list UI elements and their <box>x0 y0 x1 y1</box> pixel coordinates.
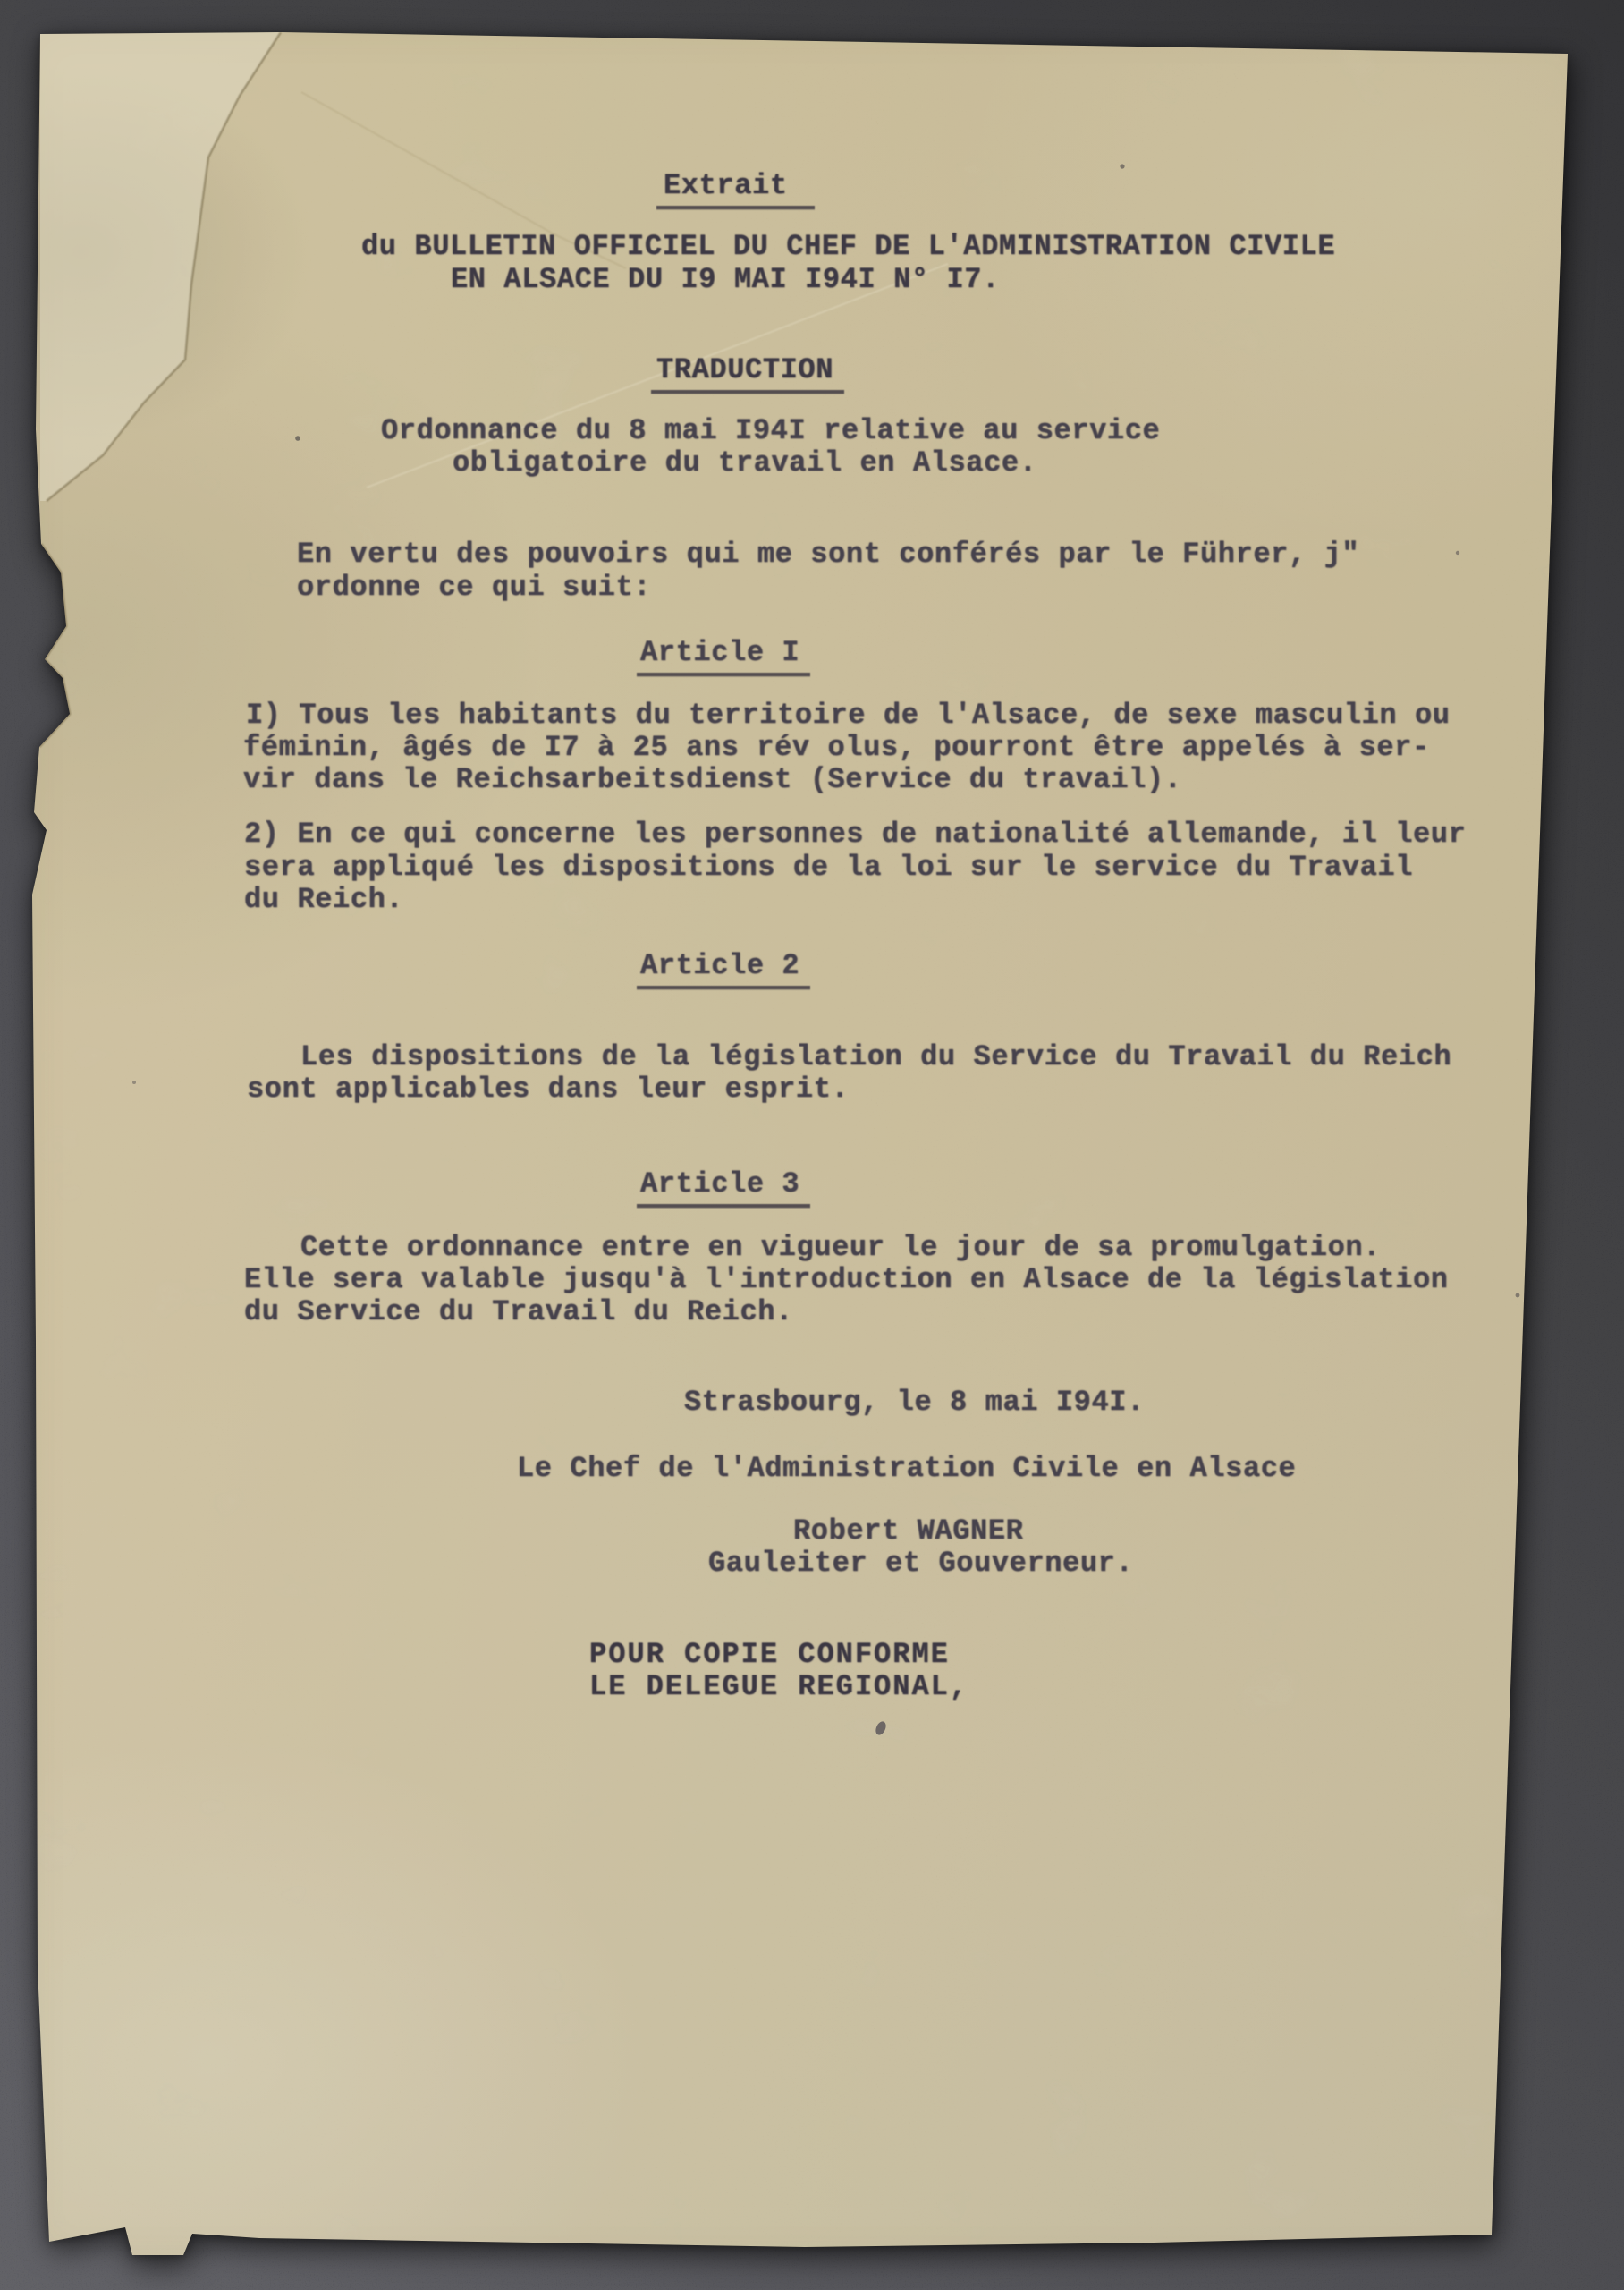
article-1-line: du Reich. <box>244 884 403 916</box>
article-1-line: sera appliqué les dispositions de la loi… <box>244 852 1413 884</box>
article-1-line: I) Tous les habitants du territoire de l… <box>246 700 1451 732</box>
translation-label: TRADUCTION <box>651 354 844 394</box>
article-1-line: vir dans le Reichsarbeitsdienst (Service… <box>243 764 1182 796</box>
typewritten-text-layer: Extrait du BULLETIN OFFICIEL DU CHEF DE … <box>0 0 1624 2290</box>
certification-line-2: LE DELEGUE REGIONAL, <box>589 1671 968 1703</box>
preamble-line-1: En vertu des pouvoirs qui me sont confér… <box>297 539 1359 571</box>
document-page: Extrait du BULLETIN OFFICIEL DU CHEF DE … <box>0 0 1624 2290</box>
signatory-name: Robert WAGNER <box>793 1515 1023 1548</box>
article-2-line: Les dispositions de la législation du Se… <box>300 1041 1451 1073</box>
article-2-heading: Article 2 <box>637 950 810 989</box>
ordinance-heading-line-1: Ordonnance du 8 mai I94I relative au ser… <box>381 415 1160 447</box>
scan-background: Extrait du BULLETIN OFFICIEL DU CHEF DE … <box>0 0 1624 2290</box>
source-line-1: du BULLETIN OFFICIEL DU CHEF DE L'ADMINI… <box>361 231 1335 263</box>
document-title: Extrait <box>656 170 815 209</box>
source-line-2: EN ALSACE DU I9 MAI I94I N° I7. <box>451 264 1000 296</box>
dateline: Strasbourg, le 8 mai I94I. <box>684 1387 1145 1419</box>
signatory-role: Gauleiter et Gouverneur. <box>708 1548 1133 1580</box>
article-2-line: sont applicables dans leur esprit. <box>247 1073 849 1106</box>
article-3-line: du Service du Travail du Reich. <box>244 1296 793 1328</box>
article-3-line: Cette ordonnance entre en vigueur le jou… <box>300 1232 1381 1264</box>
article-3-line: Elle sera valable jusqu'à l'introduction… <box>244 1264 1449 1296</box>
article-1-line: féminin, âgés de I7 à 25 ans rév olus, p… <box>243 732 1430 764</box>
ordinance-heading-line-2: obligatoire du travail en Alsace. <box>453 447 1037 479</box>
article-3-heading: Article 3 <box>637 1168 810 1208</box>
document-page-wrapper: Extrait du BULLETIN OFFICIEL DU CHEF DE … <box>0 0 1624 2290</box>
certification-line-1: POUR COPIE CONFORME <box>589 1639 950 1671</box>
preamble-line-2: ordonne ce qui suit: <box>297 572 651 604</box>
signatory-title: Le Chef de l'Administration Civile en Al… <box>517 1453 1296 1485</box>
article-1-heading: Article I <box>637 637 810 676</box>
article-1-line: 2) En ce qui concerne les personnes de n… <box>244 818 1466 851</box>
